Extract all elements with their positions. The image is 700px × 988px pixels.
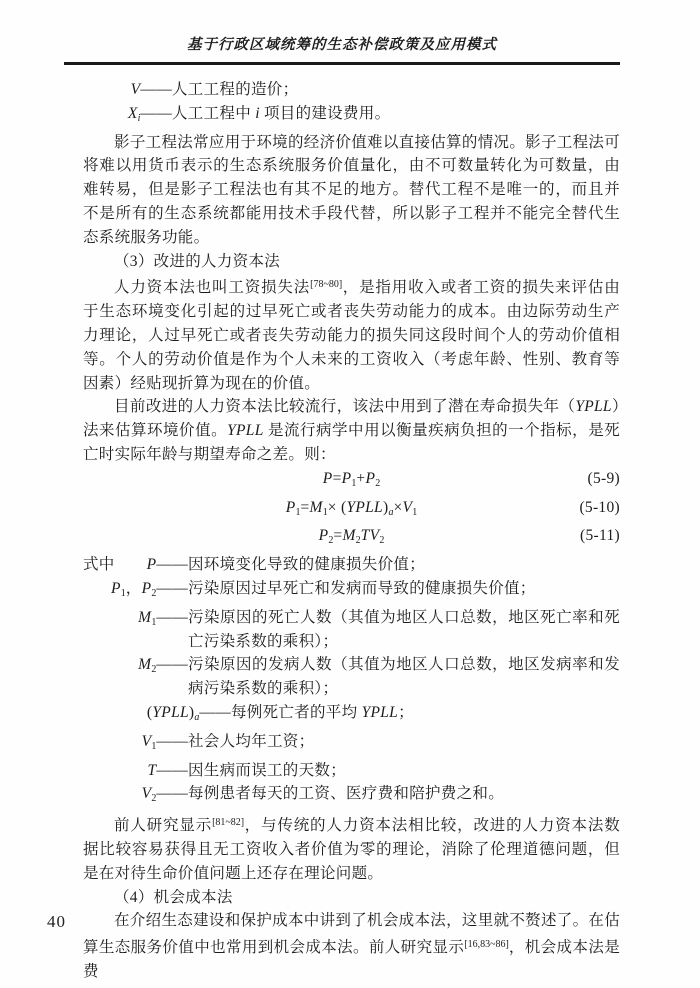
equation-number: (5-9): [588, 467, 621, 491]
symbol-term: Xi——: [83, 102, 172, 131]
symbol-term: (YPLL)a——: [83, 701, 231, 730]
symbol-description: 社会人均年工资；: [188, 730, 620, 759]
symbol-description: 污染原因的死亡人数（其值为地区人口总数，地区死亡率和死亡污染系数的乘积）；: [188, 606, 620, 654]
equation-5-9: P=P1+P2 (5-9): [83, 467, 620, 496]
symbol-description: 污染原因过早死亡和发病而导致的健康损失价值；: [188, 577, 620, 606]
symbol-definition-row: Xi—— 人工工程中 i 项目的建设费用。: [83, 102, 620, 131]
symbol-description: 人工工程中 i 项目的建设费用。: [172, 102, 620, 131]
symbol-definition-row: V—— 人工工程的造价；: [83, 78, 620, 102]
symbol-definition-row: V2—— 每例患者每天的工资、医疗费和陪护费之和。: [83, 782, 620, 811]
symbol-term: M1——: [83, 606, 188, 654]
symbol-description: 因生病而误工的天数；: [188, 759, 620, 783]
heading-opportunity-cost-method: （4）机会成本法: [83, 886, 620, 910]
page-number: 40: [47, 912, 66, 932]
symbol-description: 每例患者每天的工资、医疗费和陪护费之和。: [188, 782, 620, 811]
equation-expression: P1=M1× (YPLL)a×V1: [286, 499, 418, 516]
symbol-definition-row: M2—— 污染原因的发病人数（其值为地区人口总数，地区发病率和发病污染系数的乘积…: [83, 653, 620, 701]
symbol-term: V2——: [83, 782, 188, 811]
paragraph-human-capital-1: 人力资本法也叫工资损失法[78~80]，是指用收入或者工资的损失来评估由于生态环…: [83, 273, 620, 395]
equation-number: (5-10): [579, 496, 620, 520]
symbol-definition-row: M1—— 污染原因的死亡人数（其值为地区人口总数，地区死亡率和死亡污染系数的乘积…: [83, 606, 620, 654]
equation-expression: P2=M2TV2: [319, 527, 385, 544]
paragraph-shadow-project: 影子工程法常应用于环境的经济价值难以直接估算的情况。影子工程法可将难以用货币表示…: [83, 131, 620, 250]
symbol-description: 人工工程的造价；: [172, 78, 620, 102]
symbol-definition-row: (YPLL)a—— 每例死亡者的平均 YPLL；: [83, 701, 620, 730]
symbol-description: 每例死亡者的平均 YPLL；: [231, 701, 620, 730]
symbol-term: M2——: [83, 653, 188, 701]
page-header: 基于行政区域统筹的生态补偿政策及应用模式: [64, 33, 620, 65]
page-body: V—— 人工工程的造价； Xi—— 人工工程中 i 项目的建设费用。 影子工程法…: [83, 78, 620, 984]
symbol-description: 因环境变化导致的健康损失价值；: [188, 553, 620, 577]
symbol-term: V——: [83, 78, 172, 102]
symbol-term: T——: [83, 759, 188, 783]
symbol-term: V1——: [83, 730, 188, 759]
heading-improved-human-capital-method: （3）改进的人力资本法: [83, 250, 620, 274]
symbol-definition-row: P1，P2—— 污染原因过早死亡和发病而导致的健康损失价值；: [83, 577, 620, 606]
equation-number: (5-11): [580, 524, 620, 548]
paragraph-opportunity-cost: 在介绍生态建设和保护成本中讲到了机会成本法，这里就不赘述了。在估算生态服务价值中…: [83, 909, 620, 983]
symbol-term: P1，P2——: [83, 577, 188, 606]
formula-where-label: 式中: [83, 553, 115, 577]
symbol-definition-row: V1—— 社会人均年工资；: [83, 730, 620, 759]
symbol-description: 污染原因的发病人数（其值为地区人口总数，地区发病率和发病污染系数的乘积）；: [188, 653, 620, 701]
symbol-definition-row: T—— 因生病而误工的天数；: [83, 759, 620, 783]
equation-5-11: P2=M2TV2 (5-11): [83, 524, 620, 553]
running-title: 基于行政区域统筹的生态补偿政策及应用模式: [64, 33, 620, 54]
equation-expression: P=P1+P2: [323, 470, 380, 487]
document-page: 基于行政区域统筹的生态补偿政策及应用模式 V—— 人工工程的造价； Xi—— 人…: [0, 0, 700, 988]
paragraph-previous-research: 前人研究显示[81~82]，与传统的人力资本法相比较，改进的人力资本法数据比较容…: [83, 811, 620, 885]
symbol-definition-row: 式中 P—— 因环境变化导致的健康损失价值；: [83, 553, 620, 577]
equation-5-10: P1=M1× (YPLL)a×V1 (5-10): [83, 496, 620, 525]
symbol-definition-list: 式中 P—— 因环境变化导致的健康损失价值； P1，P2—— 污染原因过早死亡和…: [83, 553, 620, 811]
paragraph-human-capital-2: 目前改进的人力资本法比较流行，该法中用到了潜在寿命损失年（YPLL）法来估算环境…: [83, 395, 620, 466]
